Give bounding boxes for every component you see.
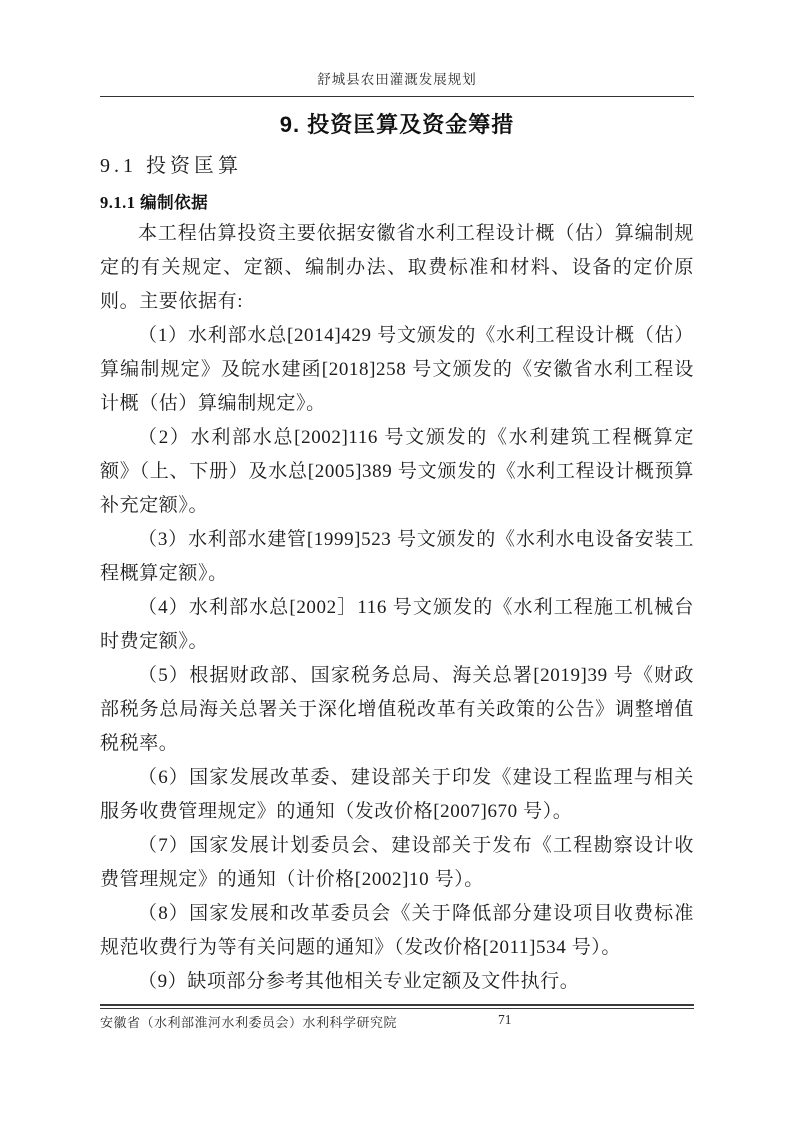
page-footer: 安徽省（水利部淮河水利委员会）水利科学研究院 71 — [100, 1004, 694, 1030]
section-title: 9.1 投资匡算 — [100, 152, 694, 180]
footer-divider — [100, 1004, 694, 1009]
document-page: 舒城县农田灌溉发展规划 9. 投资匡算及资金筹措 9.1 投资匡算 9.1.1 … — [0, 0, 794, 1122]
reference-item-9: （9）缺项部分参考其他相关专业定额及文件执行。 — [100, 965, 694, 999]
chapter-title: 9. 投资匡算及资金筹措 — [100, 110, 694, 140]
reference-item-1: （1）水利部水总[2014]429 号文颁发的《水利工程设计概（估）算编制规定》… — [100, 319, 694, 421]
reference-item-6: （6）国家发展改革委、建设部关于印发《建设工程监理与相关服务收费管理规定》的通知… — [100, 761, 694, 829]
reference-item-4: （4）水利部水总[2002］116 号文颁发的《水利工程施工机械台时费定额》。 — [100, 591, 694, 659]
page-number: 71 — [498, 1012, 512, 1028]
reference-item-3: （3）水利部水建管[1999]523 号文颁发的《水利水电设备安装工程概算定额》… — [100, 523, 694, 591]
subsection-title: 9.1.1 编制依据 — [100, 192, 694, 214]
footer-organization: 安徽省（水利部淮河水利委员会）水利科学研究院 — [100, 1012, 397, 1031]
page-header: 舒城县农田灌溉发展规划 — [100, 0, 694, 97]
intro-paragraph: 本工程估算投资主要依据安徽省水利工程设计概（估）算编制规定的有关规定、定额、编制… — [100, 217, 694, 319]
header-title: 舒城县农田灌溉发展规划 — [100, 70, 694, 89]
reference-item-7: （7）国家发展计划委员会、建设部关于发布《工程勘察设计收费管理规定》的通知（计价… — [100, 829, 694, 897]
footer-row: 安徽省（水利部淮河水利委员会）水利科学研究院 71 — [100, 1012, 694, 1030]
reference-item-8: （8）国家发展和改革委员会《关于降低部分建设项目收费标准规范收费行为等有关问题的… — [100, 897, 694, 965]
page-content: 舒城县农田灌溉发展规划 9. 投资匡算及资金筹措 9.1 投资匡算 9.1.1 … — [100, 0, 694, 999]
reference-item-2: （2）水利部水总[2002]116 号文颁发的《水利建筑工程概算定额》（上、下册… — [100, 421, 694, 523]
reference-item-5: （5）根据财政部、国家税务总局、海关总署[2019]39 号《财政部税务总局海关… — [100, 659, 694, 761]
document-body: 本工程估算投资主要依据安徽省水利工程设计概（估）算编制规定的有关规定、定额、编制… — [100, 217, 694, 999]
